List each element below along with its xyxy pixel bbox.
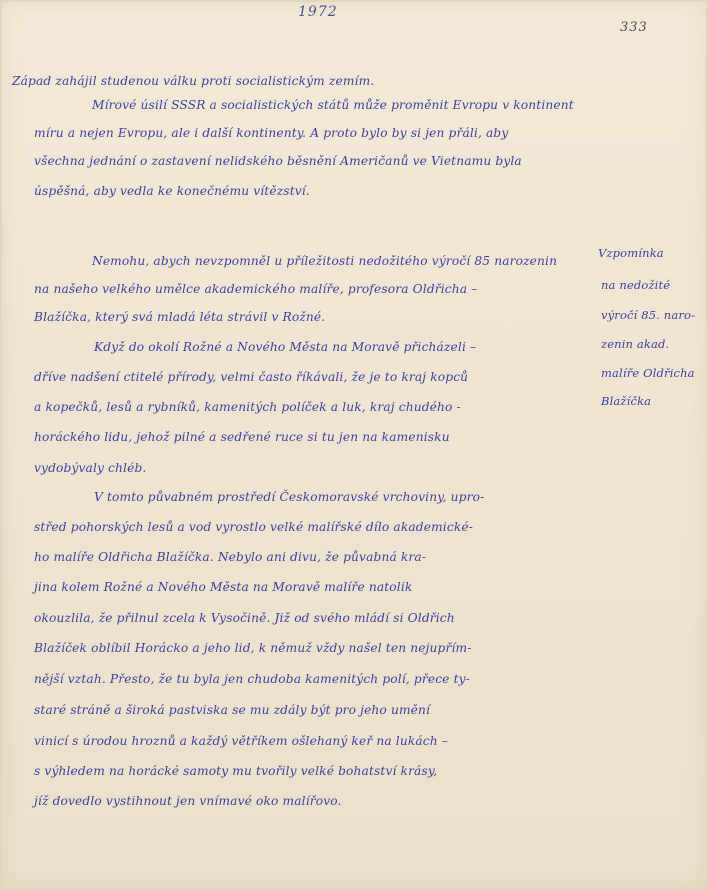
text-line: nější vztah. Přesto, že tu byla jen chud…	[34, 672, 470, 686]
text-line: na našeho velkého umělce akademického ma…	[34, 282, 477, 296]
text-line: jíž dovedlo vystihnout jen vnímavé oko m…	[34, 794, 342, 808]
text-line: míru a nejen Evropu, ale i další kontine…	[34, 126, 508, 140]
text-line: úspěšná, aby vedla ke konečnému vítězstv…	[34, 184, 310, 198]
text-line: ho malíře Oldřicha Blažíčka. Nebylo ani …	[34, 550, 426, 564]
text-line: dříve nadšení ctitelé přírody, velmi čas…	[34, 370, 468, 384]
text-line: všechna jednání o zastavení nelidského b…	[34, 154, 522, 168]
chronicle-page: 1972 333 Západ zahájil studenou válku pr…	[0, 0, 708, 890]
margin-note-line: malíře Oldřicha	[601, 366, 695, 380]
margin-note-line: na nedožité	[601, 278, 670, 292]
text-line: Nemohu, abych nevzpomněl u příležitosti …	[92, 254, 557, 268]
text-line: jina kolem Rožné a Nového Města na Morav…	[34, 580, 412, 594]
year-heading: 1972	[298, 4, 338, 20]
text-line: Západ zahájil studenou válku proti socia…	[12, 74, 374, 88]
text-line: vinicí s úrodou hroznů a každý větříkem …	[34, 734, 448, 748]
margin-note-line: výročí 85. naro-	[601, 308, 695, 322]
text-line: V tomto půvabném prostředí Českomoravské…	[94, 490, 484, 504]
text-line: Když do okolí Rožné a Nového Města na Mo…	[94, 340, 476, 354]
text-line: staré stráně a široká pastviska se mu zd…	[34, 703, 430, 717]
page-number: 333	[620, 20, 648, 35]
text-line: střed pohorských lesů a vod vyrostlo vel…	[34, 520, 473, 534]
text-line: s výhledem na horácké samoty mu tvořily …	[34, 764, 437, 778]
text-line: a kopečků, lesů a rybníků, kamenitých po…	[34, 400, 461, 414]
margin-note-line: zenin akad.	[601, 337, 669, 351]
text-line: Blažíček oblíbil Horácko a jeho lid, k n…	[34, 641, 471, 655]
text-line: horáckého lidu, jehož pilné a sedřené ru…	[34, 430, 450, 444]
text-line: vydobývaly chléb.	[34, 461, 146, 475]
margin-note-line: Vzpomínka	[598, 246, 664, 260]
text-line: Blažíčka, který svá mladá léta strávil v…	[34, 310, 325, 324]
text-line: okouzlila, že přilnul zcela k Vysočině. …	[34, 611, 455, 625]
text-line: Mírové úsilí SSSR a socialistických stát…	[92, 98, 574, 112]
margin-note-line: Blažíčka	[601, 394, 651, 408]
